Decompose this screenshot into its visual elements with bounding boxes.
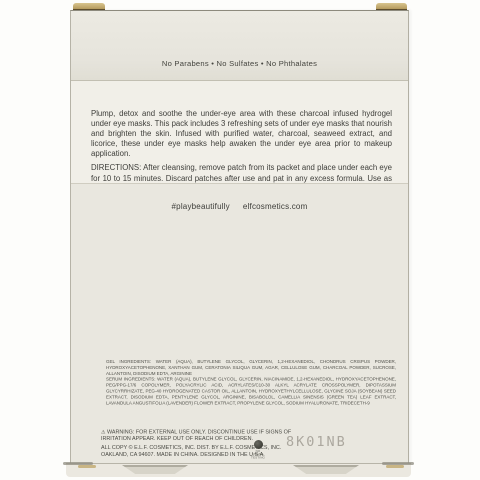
serum-ingredients-text: SERUM INGREDIENTS: WATER (AQUA), BUTYLEN…: [106, 377, 396, 406]
product-description: Plump, detox and soothe the under-eye ar…: [91, 109, 392, 159]
flap-notch-right: [293, 465, 359, 474]
photo-background: No Parabens • No Sulfates • No Phthalate…: [0, 0, 480, 480]
warning-triangle-icon: ⚠: [101, 430, 105, 436]
hashtag-text: #playbeautifully: [172, 202, 230, 211]
lower-panel: #playbeautifullyelfcosmetics.com GEL ING…: [71, 184, 408, 464]
claims-text: No Parabens • No Sulfates • No Phthalate…: [71, 59, 408, 68]
gel-ingredients-text: GEL INGREDIENTS: WATER (AQUA), BUTYLENE …: [106, 359, 396, 377]
top-flap-panel: No Parabens • No Sulfates • No Phthalate…: [71, 11, 408, 81]
website-text: elfcosmetics.com: [243, 202, 308, 211]
social-line: #playbeautifullyelfcosmetics.com: [71, 202, 408, 211]
bottom-flap: [66, 463, 411, 477]
no-animal-testing-caption: NO ANIMAL TESTING: [250, 450, 266, 460]
body-copy-block: Plump, detox and soothe the under-eye ar…: [91, 109, 392, 194]
ingredients-block: GEL INGREDIENTS: WATER (AQUA), BUTYLENE …: [106, 359, 396, 406]
flap-glue-edge-left: [78, 465, 96, 468]
flap-glue-edge-right: [386, 465, 404, 468]
no-animal-testing-seal-icon: [254, 440, 263, 449]
product-box-back-panel: No Parabens • No Sulfates • No Phthalate…: [70, 10, 409, 464]
info-panel: Plump, detox and soothe the under-eye ar…: [71, 81, 408, 184]
batch-code-stamp: 8K01NB: [286, 434, 416, 450]
flap-notch-left: [122, 465, 188, 474]
